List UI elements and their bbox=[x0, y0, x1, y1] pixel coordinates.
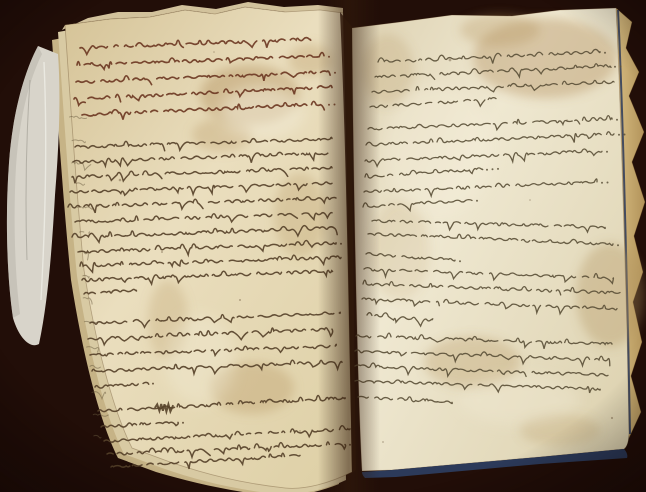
vignette bbox=[0, 0, 646, 492]
journal-photograph bbox=[0, 0, 646, 492]
photo-canvas bbox=[0, 0, 646, 492]
